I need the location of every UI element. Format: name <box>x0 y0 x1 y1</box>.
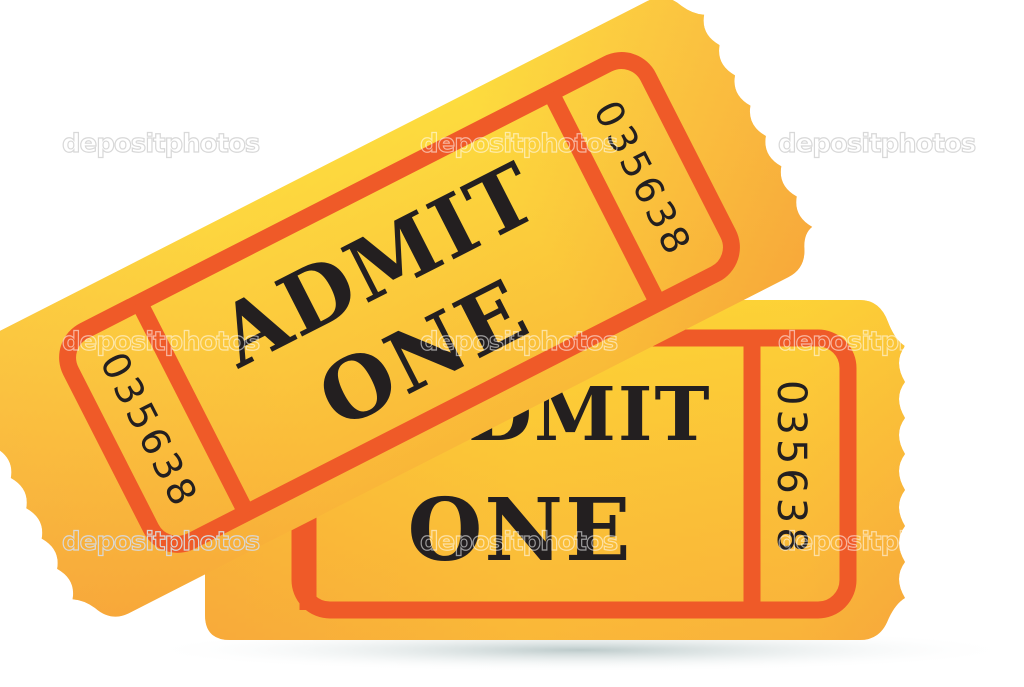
tickets-illustration: ADMIT ONE 035638 ADMIT ONE 035638 035638… <box>0 0 1024 687</box>
watermark: depositphotos <box>420 327 618 357</box>
watermark: depositphotos <box>778 327 976 357</box>
watermark: depositphotos <box>420 129 618 159</box>
watermark: depositphotos <box>62 327 260 357</box>
watermark: depositphotos <box>62 129 260 159</box>
watermark: depositphotos <box>778 527 976 557</box>
watermark: depositphotos <box>778 129 976 159</box>
watermark: depositphotos <box>420 527 618 557</box>
watermark: depositphotos <box>62 527 260 557</box>
